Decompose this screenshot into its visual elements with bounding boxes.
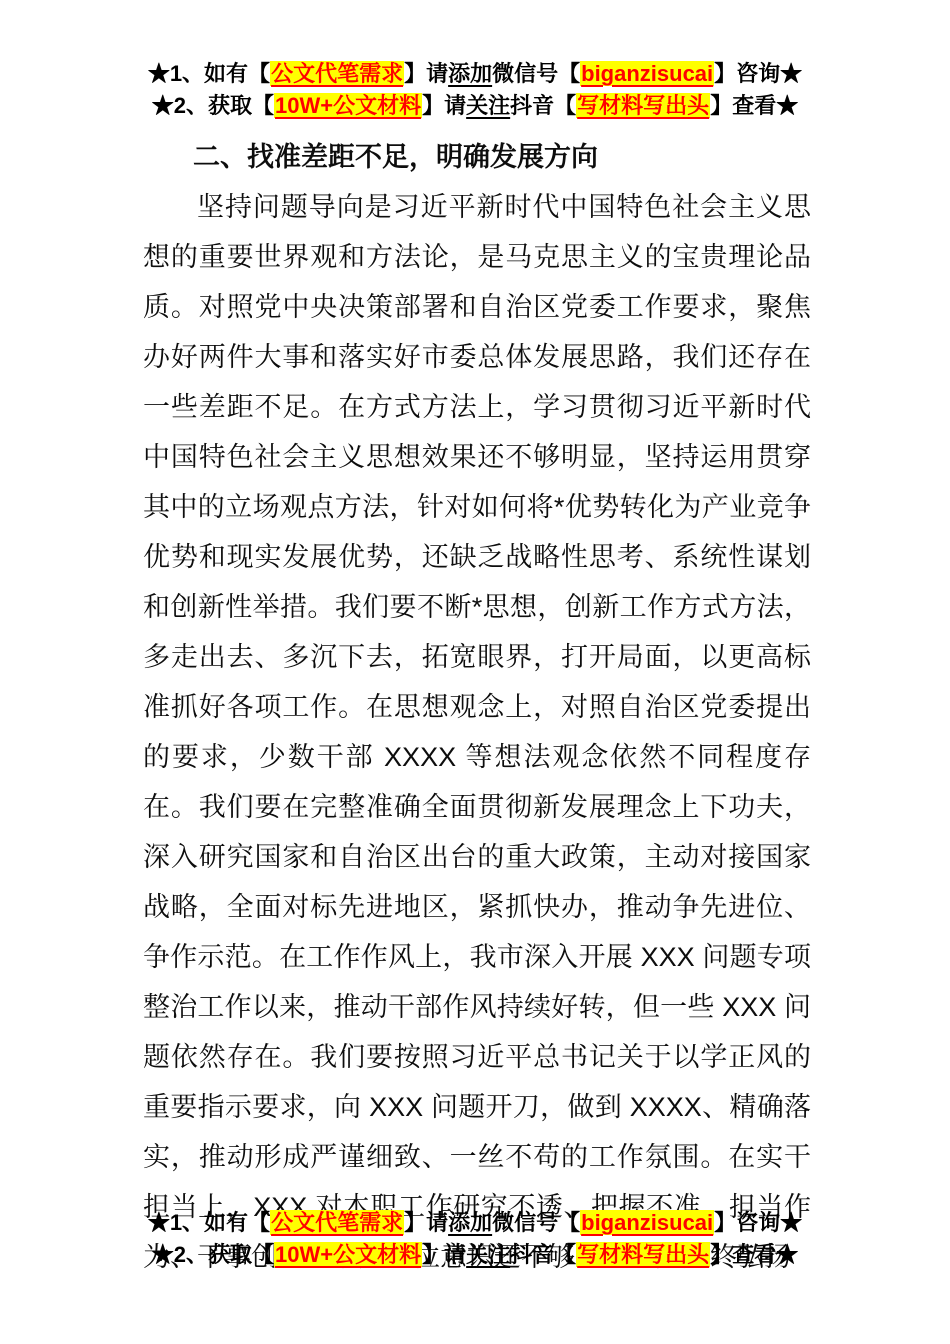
promo-highlight-douyin-name: 写材料写出头 bbox=[576, 1242, 710, 1267]
promo-text: ★1、如有【 bbox=[148, 61, 270, 86]
promo-footer-line-2: ★2、获取【10W+公文材料】请关注抖音【写材料写出头】查看★ bbox=[0, 1239, 950, 1271]
promo-highlight-phrase: 10W+公文材料 bbox=[274, 93, 422, 118]
promo-highlight-wechat-id: biganzisucai bbox=[580, 1210, 714, 1235]
promo-highlight-phrase: 公文代笔需求 bbox=[270, 61, 404, 86]
promo-text: 】咨询★ bbox=[714, 61, 802, 86]
promo-text: ★2、获取【 bbox=[152, 1242, 274, 1267]
promo-highlight-douyin-name: 写材料写出头 bbox=[576, 93, 710, 118]
promo-highlight-wechat-id: biganzisucai bbox=[580, 61, 714, 86]
promo-text: ★1、如有【 bbox=[148, 1210, 270, 1235]
promo-footer: ★1、如有【公文代笔需求】请添加微信号【biganzisucai】咨询★ ★2、… bbox=[0, 1207, 950, 1271]
section-heading: 二、找准差距不足，明确发展方向 bbox=[143, 132, 811, 182]
promo-highlight-phrase: 10W+公文材料 bbox=[274, 1242, 422, 1267]
promo-text: 】咨询★ bbox=[714, 1210, 802, 1235]
promo-text: 】请 bbox=[404, 61, 448, 86]
promo-underline-word: 添加 bbox=[448, 1210, 492, 1235]
promo-text: 】请 bbox=[404, 1210, 448, 1235]
promo-highlight-phrase: 公文代笔需求 bbox=[270, 1210, 404, 1235]
promo-text: 】请 bbox=[422, 1242, 466, 1267]
promo-text: 抖音【 bbox=[510, 93, 576, 118]
promo-text: 】查看★ bbox=[710, 93, 798, 118]
promo-text: 微信号【 bbox=[492, 61, 580, 86]
promo-underline-word: 关注 bbox=[466, 93, 510, 118]
promo-text: 】查看★ bbox=[710, 1242, 798, 1267]
document-page: ★1、如有【公文代笔需求】请添加微信号【biganzisucai】咨询★ ★2、… bbox=[0, 0, 950, 1344]
promo-text: ★2、获取【 bbox=[152, 93, 274, 118]
promo-text: 抖音【 bbox=[510, 1242, 576, 1267]
promo-text: 微信号【 bbox=[492, 1210, 580, 1235]
promo-header-line-1: ★1、如有【公文代笔需求】请添加微信号【biganzisucai】咨询★ bbox=[0, 58, 950, 90]
document-body: 二、找准差距不足，明确发展方向 坚持问题导向是习近平新时代中国特色社会主义思想的… bbox=[143, 132, 811, 1282]
promo-footer-line-1: ★1、如有【公文代笔需求】请添加微信号【biganzisucai】咨询★ bbox=[0, 1207, 950, 1239]
promo-underline-word: 关注 bbox=[466, 1242, 510, 1267]
promo-text: 】请 bbox=[422, 93, 466, 118]
promo-header-line-2: ★2、获取【10W+公文材料】请关注抖音【写材料写出头】查看★ bbox=[0, 90, 950, 122]
promo-underline-word: 添加 bbox=[448, 61, 492, 86]
body-paragraph: 坚持问题导向是习近平新时代中国特色社会主义思想的重要世界观和方法论，是马克思主义… bbox=[143, 182, 811, 1282]
promo-header: ★1、如有【公文代笔需求】请添加微信号【biganzisucai】咨询★ ★2、… bbox=[0, 58, 950, 122]
